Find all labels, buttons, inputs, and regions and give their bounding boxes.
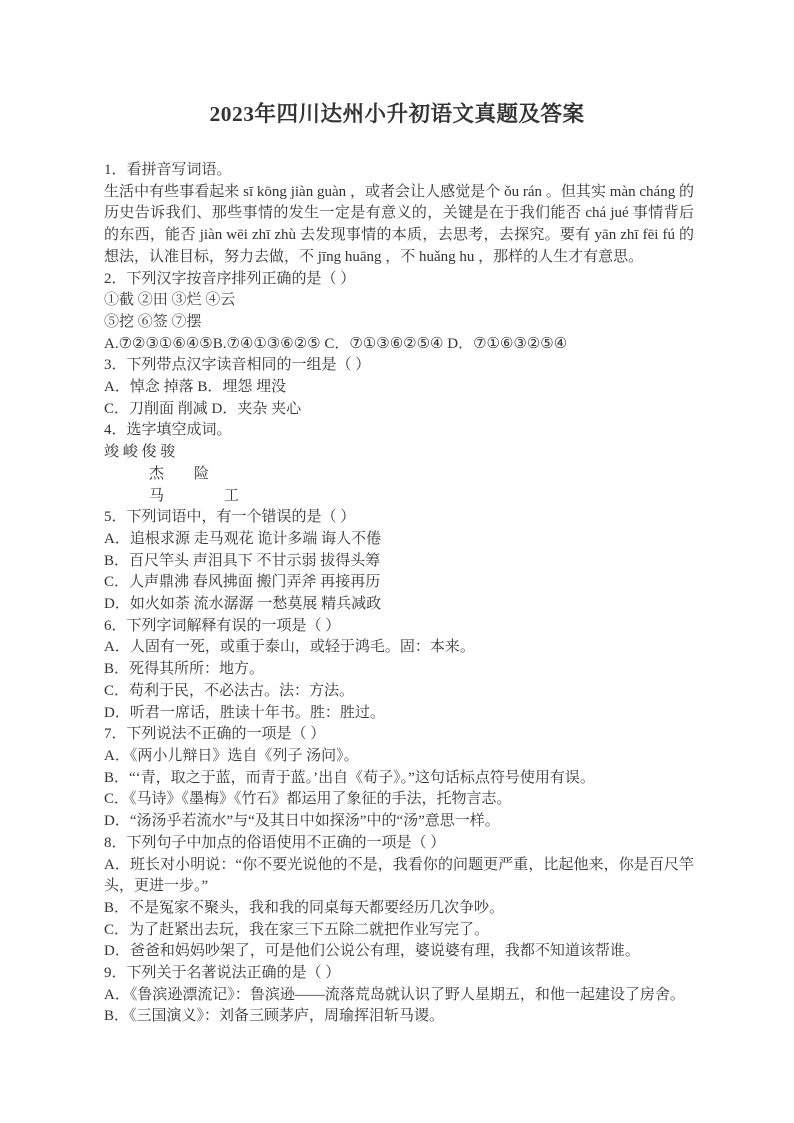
question-2: 2．下列汉字按音序排列正确的是（ ） ①截 ②田 ③烂 ④云 ⑤挖 ⑥签 ⑦摆 … bbox=[104, 269, 694, 356]
question-7-option-c: C．《马诗》《墨梅》《竹石》都运用了象征的手法，托物言志。 bbox=[104, 789, 694, 811]
question-4-characters: 竣 峻 俊 骏 bbox=[104, 442, 694, 464]
question-3: 3．下列带点汉字读音相同的一组是（ ） A．悼念 掉落 B．埋怨 埋没 C．刀削… bbox=[104, 355, 694, 420]
question-5-option-b: B．百尺竿头 声泪具下 不甘示弱 拔得头筹 bbox=[104, 551, 694, 573]
question-4-blank-row-1: 杰 险 bbox=[104, 464, 694, 486]
question-5-option-a: A．追根求源 走马观花 诡计多端 诲人不倦 bbox=[104, 529, 694, 551]
question-6-option-b: B．死得其所所：地方。 bbox=[104, 659, 694, 681]
question-7-option-b: B．“‘青，取之于蓝，而青于蓝。’出自《荀子》。”这句话标点符号使用有误。 bbox=[104, 768, 694, 790]
question-5-option-c: C．人声鼎沸 春风拂面 搬门弄斧 再接再历 bbox=[104, 572, 694, 594]
question-8-option-d: D．爸爸和妈妈吵架了，可是他们公说公有理，婆说婆有理，我都不知道该帮谁。 bbox=[104, 941, 694, 963]
question-2-options: A.⑦②③①⑥④⑤B.⑦④①③⑥②⑤ C．⑦①③⑥②⑤④ D．⑦①⑥③②⑤④ bbox=[104, 334, 694, 356]
question-1-heading: 1．看拼音写词语。 bbox=[104, 160, 694, 182]
question-4-blank-row-2: 马 工 bbox=[104, 486, 694, 508]
question-1-paragraph: 生活中有些事看起来 sī kōng jiàn guàn ，或者会让人感觉是个 ǒ… bbox=[104, 182, 694, 269]
question-2-items-row-1: ①截 ②田 ③烂 ④云 bbox=[104, 290, 694, 312]
question-3-options-cd: C．刀削面 削减 D．夹杂 夹心 bbox=[104, 399, 694, 421]
document-content: 1．看拼音写词语。 生活中有些事看起来 sī kōng jiàn guàn ，或… bbox=[104, 160, 694, 1028]
question-8: 8．下列句子中加点的俗语使用不正确的一项是（ ） A．班长对小明说：“你不要光说… bbox=[104, 833, 694, 963]
question-6: 6．下列字词解释有误的一项是（ ） A．人固有一死，或重于泰山，或轻于鸿毛。固：… bbox=[104, 616, 694, 725]
question-8-option-b: B．不是冤家不聚头，我和我的同桌每天都要经历几次争吵。 bbox=[104, 898, 694, 920]
question-3-heading: 3．下列带点汉字读音相同的一组是（ ） bbox=[104, 355, 694, 377]
document-page: 2023年四川达州小升初语文真题及答案 1．看拼音写词语。 生活中有些事看起来 … bbox=[0, 0, 794, 1123]
question-5-option-d: D．如火如荼 流水潺潺 一愁莫展 精兵减政 bbox=[104, 594, 694, 616]
question-8-option-a: A．班长对小明说：“你不要光说他的不是，我看你的问题更严重，比起他来，你是百尺竿… bbox=[104, 855, 694, 898]
question-4: 4．选字填空成词。 竣 峻 俊 骏 杰 险 马 工 bbox=[104, 420, 694, 507]
question-1: 1．看拼音写词语。 生活中有些事看起来 sī kōng jiàn guàn ，或… bbox=[104, 160, 694, 269]
question-6-heading: 6．下列字词解释有误的一项是（ ） bbox=[104, 616, 694, 638]
question-6-option-a: A．人固有一死，或重于泰山，或轻于鸿毛。固：本来。 bbox=[104, 637, 694, 659]
question-6-option-d: D．听君一席话，胜读十年书。胜：胜过。 bbox=[104, 703, 694, 725]
question-9-option-a: A．《鲁滨逊漂流记》：鲁滨逊——流落荒岛就认识了野人星期五，和他一起建设了房舍。 bbox=[104, 985, 694, 1007]
question-2-heading: 2．下列汉字按音序排列正确的是（ ） bbox=[104, 269, 694, 291]
question-5: 5．下列词语中，有一个错误的是（ ） A．追根求源 走马观花 诡计多端 诲人不倦… bbox=[104, 507, 694, 616]
question-6-option-c: C．苟利于民，不必法古。法：方法。 bbox=[104, 681, 694, 703]
question-7-option-a: A．《两小儿辩日》选自《列子 汤问》。 bbox=[104, 746, 694, 768]
question-7: 7．下列说法不正确的一项是（ ） A．《两小儿辩日》选自《列子 汤问》。 B．“… bbox=[104, 724, 694, 833]
question-4-heading: 4．选字填空成词。 bbox=[104, 420, 694, 442]
question-7-option-d: D．“汤汤乎若流水”与“及其日中如探汤”中的“汤”意思一样。 bbox=[104, 811, 694, 833]
document-title: 2023年四川达州小升初语文真题及答案 bbox=[0, 0, 794, 127]
question-2-items-row-2: ⑤挖 ⑥签 ⑦摆 bbox=[104, 312, 694, 334]
question-9-option-b: B．《三国演义》：刘备三顾茅庐，周瑜挥泪斩马谡。 bbox=[104, 1006, 694, 1028]
question-8-heading: 8．下列句子中加点的俗语使用不正确的一项是（ ） bbox=[104, 833, 694, 855]
question-7-heading: 7．下列说法不正确的一项是（ ） bbox=[104, 724, 694, 746]
question-9: 9．下列关于名著说法正确的是（ ） A．《鲁滨逊漂流记》：鲁滨逊——流落荒岛就认… bbox=[104, 963, 694, 1028]
question-3-options-ab: A．悼念 掉落 B．埋怨 埋没 bbox=[104, 377, 694, 399]
question-9-heading: 9．下列关于名著说法正确的是（ ） bbox=[104, 963, 694, 985]
question-8-option-c: C．为了赶紧出去玩，我在家三下五除二就把作业写完了。 bbox=[104, 920, 694, 942]
question-5-heading: 5．下列词语中，有一个错误的是（ ） bbox=[104, 507, 694, 529]
